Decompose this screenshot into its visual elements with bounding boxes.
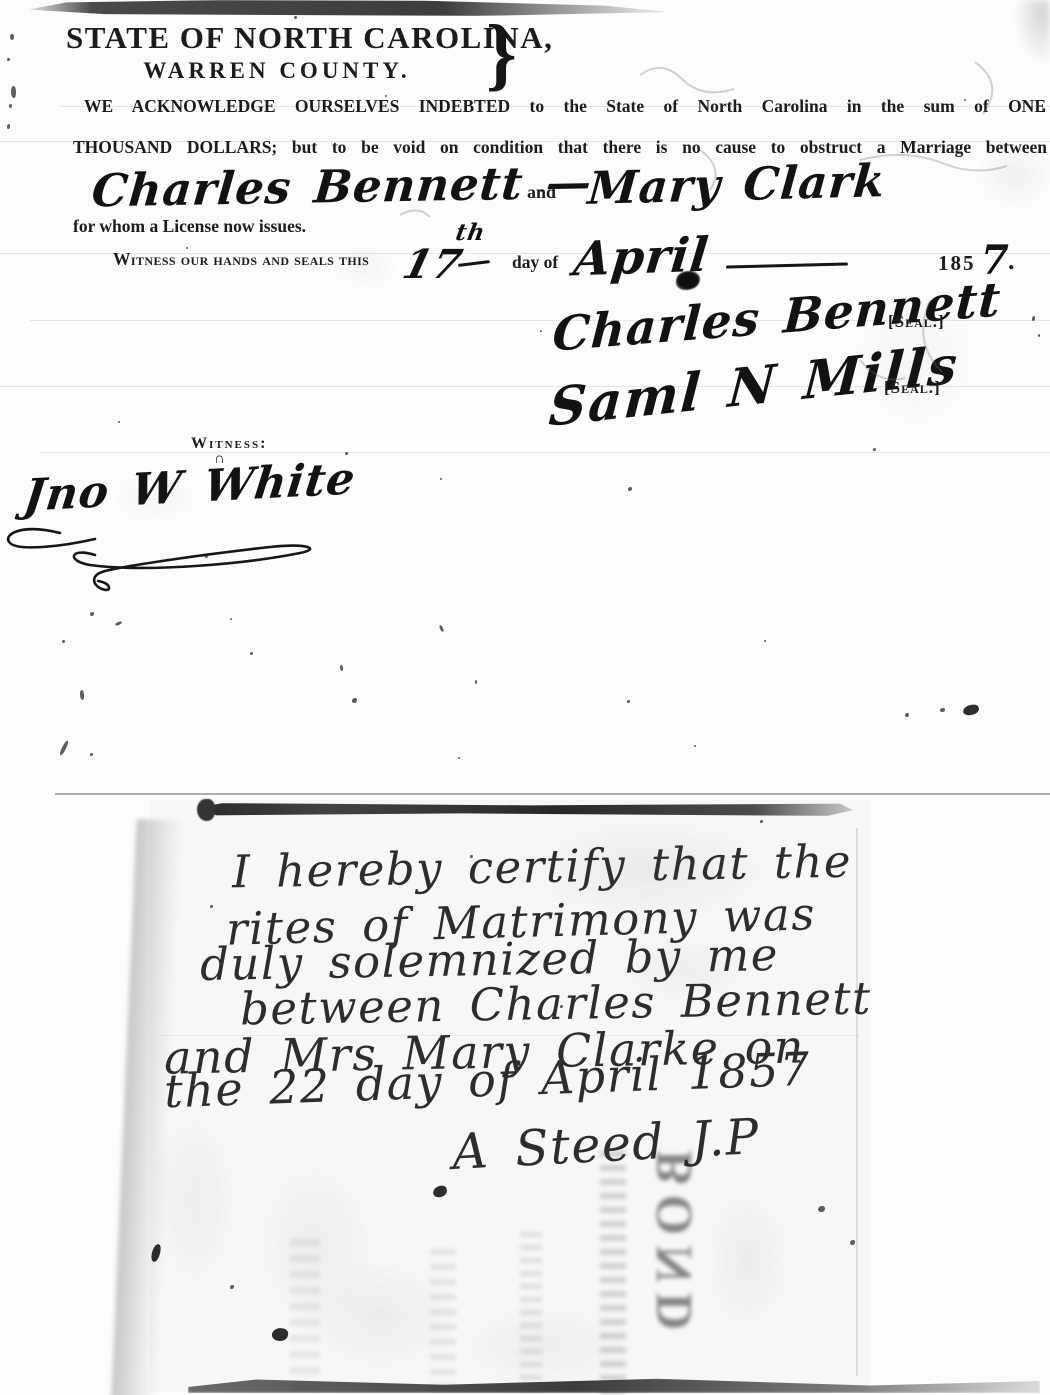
gray-smudge <box>520 815 780 925</box>
gray-smudge <box>450 1300 640 1390</box>
paper-speck <box>438 625 444 633</box>
paper-speck <box>760 395 762 397</box>
gray-smudge <box>850 290 980 430</box>
paper-speck <box>90 753 93 756</box>
paper-speck <box>352 698 357 703</box>
paper-speck <box>90 612 94 616</box>
paper-speck <box>79 690 84 700</box>
paper-speck <box>475 680 477 684</box>
paper-speck <box>1038 334 1040 337</box>
paper-speck <box>905 713 909 717</box>
gray-smudge <box>610 935 760 1005</box>
paper-speck <box>186 247 188 249</box>
gray-smudge <box>110 470 200 525</box>
paper-speck <box>764 640 766 642</box>
gray-smudge <box>700 1185 795 1335</box>
paper-speck <box>230 618 232 620</box>
gray-smudge <box>975 140 1050 210</box>
gray-smudge <box>330 245 400 290</box>
paper-speck <box>646 190 648 192</box>
paper-speck <box>118 421 120 423</box>
paper-speck <box>540 330 542 332</box>
bleedthrough-text: BOND <box>645 1150 704 1385</box>
paper-speck <box>115 621 123 626</box>
gray-smudge <box>150 1100 240 1300</box>
paper-speck <box>440 478 442 480</box>
paper-speck <box>940 708 945 712</box>
paper-speck <box>59 740 69 756</box>
paper-speck <box>250 652 253 655</box>
scanned-marriage-bond-document: STATE OF NORTH CAROLINA, WARREN COUNTY. … <box>0 0 1050 1395</box>
paper-speck <box>964 99 966 101</box>
paper-speck <box>962 704 979 716</box>
slip-right-edge-line <box>856 828 858 1376</box>
divider-thin-line <box>55 793 1050 795</box>
paper-speck <box>694 745 696 747</box>
paper-speck <box>627 700 630 703</box>
paper-speck <box>458 757 460 759</box>
gray-smudge <box>300 1255 460 1375</box>
paper-speck <box>339 665 343 672</box>
paper-speck <box>62 640 65 643</box>
paper-speck <box>385 95 387 97</box>
